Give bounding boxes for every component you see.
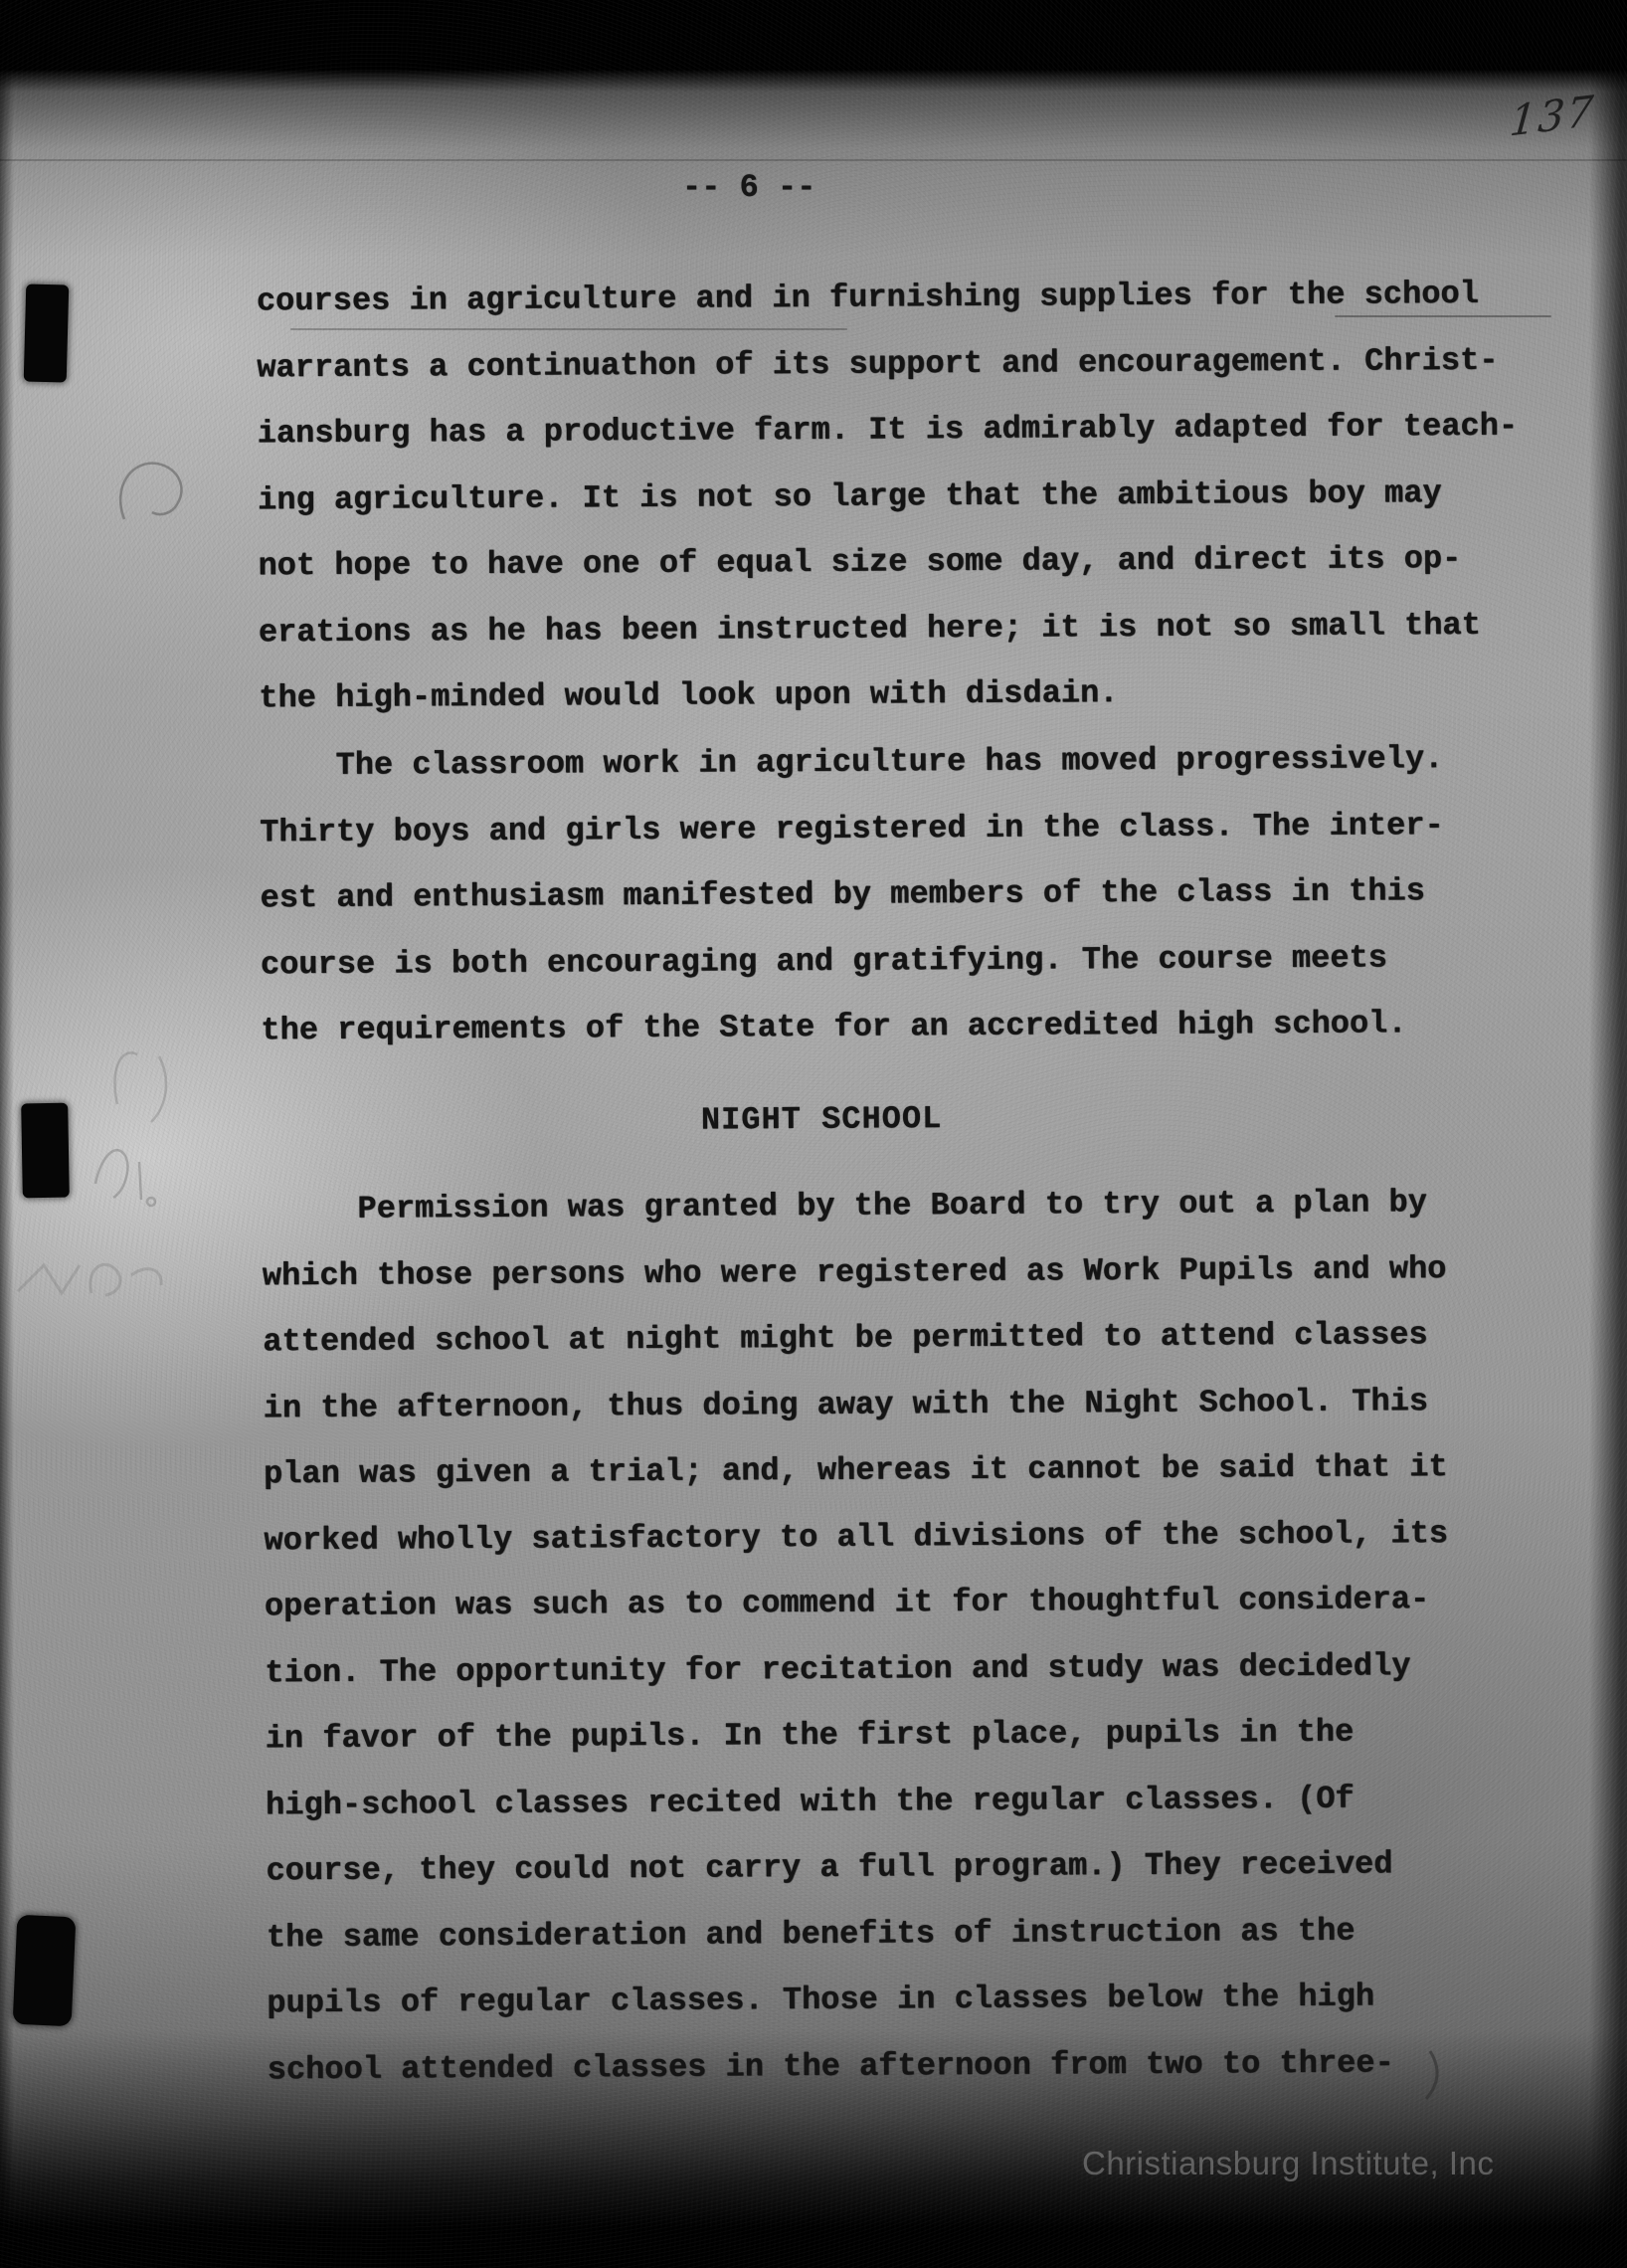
binder-hole-mark — [13, 1915, 77, 2026]
text-line: The classroom work in agriculture has mo… — [260, 726, 1444, 800]
text-line: est and enthusiasm manifested by members… — [260, 858, 1444, 932]
binder-hole-mark — [24, 283, 70, 382]
text-line: tion. The opportunity for recitation and… — [265, 1633, 1449, 1707]
archive-watermark: Christiansburg Institute, Inc — [1082, 2145, 1494, 2182]
text-line: courses in agriculture and in furnishing… — [257, 262, 1518, 335]
text-line: course is both encouraging and gratifyin… — [261, 925, 1445, 999]
text-line: Thirty boys and girls were registered in… — [260, 793, 1444, 866]
text-line: ing agriculture. It is not so large that… — [258, 460, 1519, 533]
text-line: high-school classes recited with the reg… — [266, 1766, 1450, 1839]
text-line: which those persons who were registered … — [263, 1236, 1447, 1310]
section-heading-night-school: NIGHT SCHOOL — [701, 1100, 943, 1138]
scanned-document-page: 137 -- 6 -- courses in agriculture and i… — [0, 0, 1627, 2268]
text-line: iansburg has a productive farm. It is ad… — [258, 394, 1519, 468]
text-line: the high-minded would look upon with dis… — [259, 659, 1520, 732]
text-line: not hope to have one of equal size some … — [258, 526, 1519, 600]
text-line: in the afternoon, thus doing away with t… — [263, 1369, 1447, 1442]
paragraph-classroom-work: The classroom work in agriculture has mo… — [260, 726, 1446, 1064]
paragraph-agriculture-courses: courses in agriculture and in furnishing… — [257, 262, 1520, 732]
paragraph-night-school: Permission was granted by the Board to t… — [262, 1170, 1451, 2103]
typewritten-text-layer: courses in agriculture and in furnishing… — [0, 0, 1627, 2268]
text-line: warrants a continuathon of its support a… — [257, 327, 1518, 401]
text-line: Permission was granted by the Board to t… — [262, 1170, 1446, 1243]
text-line: plan was given a trial; and, whereas it … — [264, 1434, 1448, 1508]
text-line: the requirements of the State for an acc… — [261, 991, 1445, 1064]
text-line: course, they could not carry a full prog… — [266, 1831, 1450, 1905]
text-line: operation was such as to commend it for … — [265, 1567, 1449, 1640]
text-line: pupils of regular classes. Those in clas… — [267, 1964, 1451, 2037]
text-line: the same consideration and benefits of i… — [267, 1898, 1451, 1972]
text-line: in favor of the pupils. In the first pla… — [266, 1699, 1450, 1773]
text-line: worked wholly satisfactory to all divisi… — [264, 1501, 1448, 1575]
text-line: school attended classes in the afternoon… — [268, 2030, 1452, 2104]
binder-hole-mark — [21, 1103, 70, 1199]
text-line: erations as he has been instructed here;… — [259, 592, 1520, 665]
text-line: attended school at night might be permit… — [263, 1302, 1447, 1376]
